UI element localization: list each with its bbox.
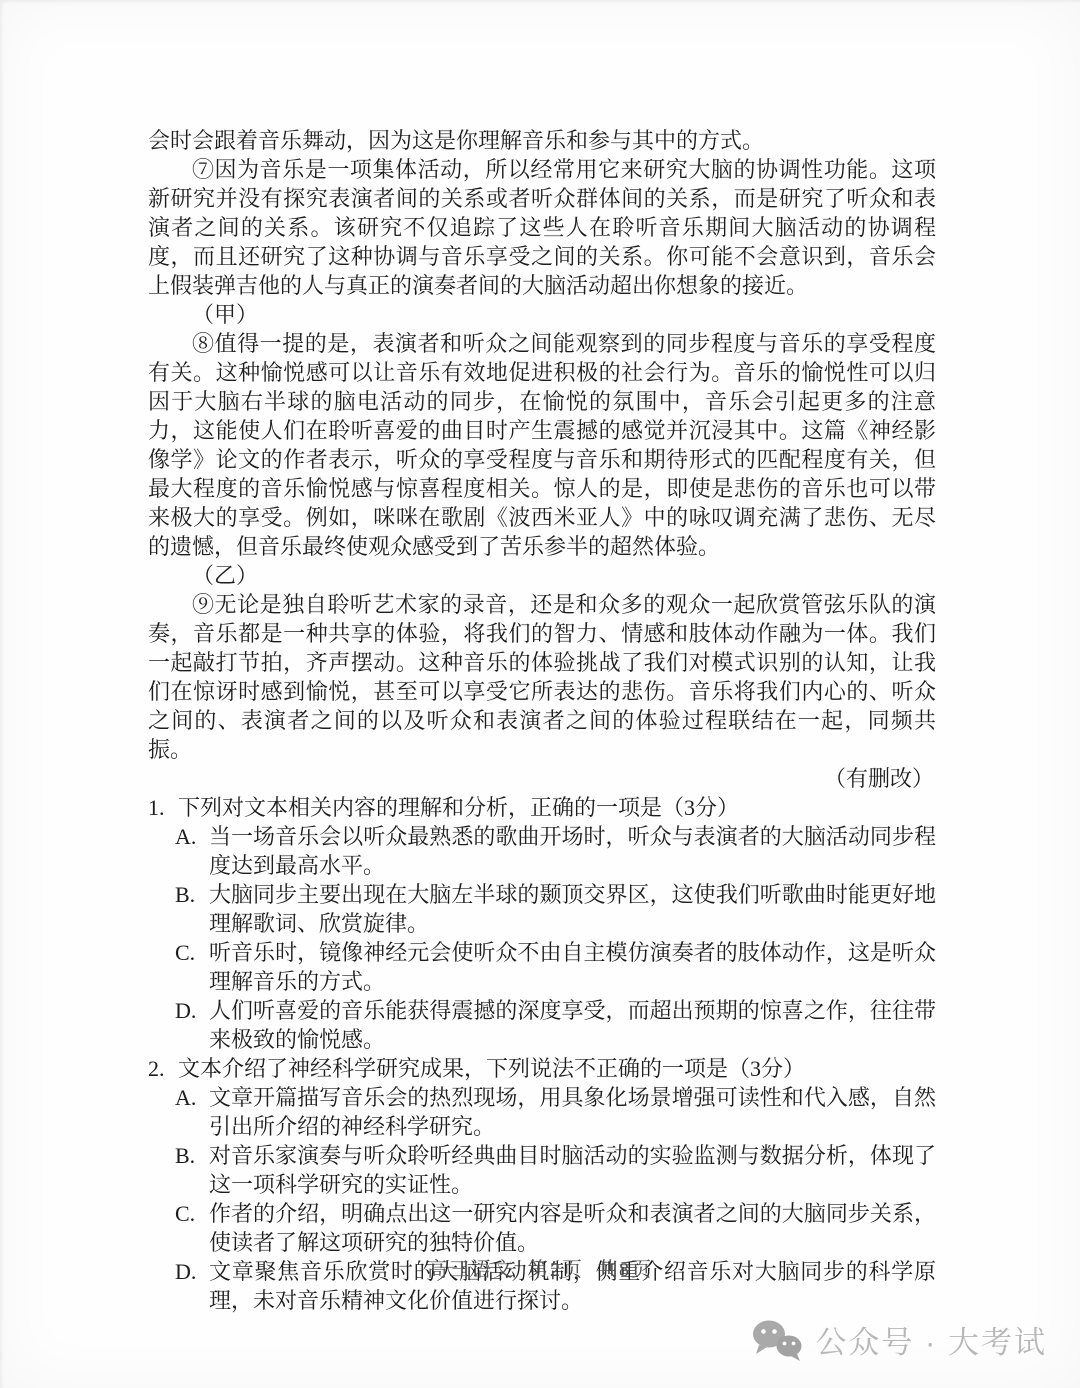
paragraph-7: ⑦因为音乐是一项集体活动，所以经常用它来研究大脑的协调性功能。这项新研究并没有探…: [148, 155, 936, 300]
option-label: A.: [175, 1083, 209, 1141]
option-label: C.: [175, 1199, 209, 1257]
question-2-option-c: C.作者的介绍，明确点出这一研究内容是听众和表演者之间的大脑同步关系，使读者了解…: [175, 1199, 936, 1257]
attribution-note: （有删改）: [148, 764, 936, 793]
question-1-option-c: C.听音乐时，镜像神经元会使听众不由自主模仿演奏者的肢体动作，这是听众理解音乐的…: [175, 938, 936, 996]
marker-yi: （乙）: [148, 561, 936, 590]
question-2-option-b: B.对音乐家演奏与听众聆听经典曲目时脑活动的实验监测与数据分析，体现了这一项科学…: [175, 1141, 936, 1199]
option-text: 大脑同步主要出现在大脑左半球的颞顶交界区，这使我们听歌曲时能更好地理解歌词、欣赏…: [209, 880, 936, 938]
option-text: 对音乐家演奏与听众聆听经典曲目时脑活动的实验监测与数据分析，体现了这一项科学研究…: [209, 1141, 936, 1199]
question-2-option-a: A.文章开篇描写音乐会的热烈现场，用具象化场景增强可读性和代入感，自然引出所介绍…: [175, 1083, 936, 1141]
question-2-stem: 2.文本介绍了神经科学研究成果，下列说法不正确的一项是（3分）: [148, 1054, 936, 1083]
option-text: 作者的介绍，明确点出这一研究内容是听众和表演者之间的大脑同步关系，使读者了解这项…: [209, 1199, 936, 1257]
watermark: 公众号 · 大考试: [751, 1317, 1047, 1362]
marker-jia: （甲）: [148, 300, 936, 329]
question-1-option-a: A.当一场音乐会以听众最熟悉的歌曲开场时，听众与表演者的大脑活动同步程度达到最高…: [175, 822, 936, 880]
question-number: 2.: [148, 1054, 178, 1083]
option-label: D.: [175, 996, 209, 1054]
question-stem-text: 下列对文本相关内容的理解和分析，正确的一项是（3分）: [178, 793, 936, 822]
exam-body: 会时会跟着音乐舞动，因为这是你理解音乐和参与其中的方式。 ⑦因为音乐是一项集体活…: [148, 126, 936, 1315]
option-text: 当一场音乐会以听众最熟悉的歌曲开场时，听众与表演者的大脑活动同步程度达到最高水平…: [209, 822, 936, 880]
option-label: A.: [175, 822, 209, 880]
option-text: 文章开篇描写音乐会的热烈现场，用具象化场景增强可读性和代入感，自然引出所介绍的神…: [209, 1083, 936, 1141]
page-footer: 高三语文 第2页 共8页: [0, 1253, 1080, 1282]
option-label: B.: [175, 880, 209, 938]
exam-paper-page: 会时会跟着音乐舞动，因为这是你理解音乐和参与其中的方式。 ⑦因为音乐是一项集体活…: [0, 0, 1080, 1388]
option-label: B.: [175, 1141, 209, 1199]
question-1: 1.下列对文本相关内容的理解和分析，正确的一项是（3分） A.当一场音乐会以听众…: [148, 793, 936, 1054]
option-text: 人们听喜爱的音乐能获得震撼的深度享受，而超出预期的惊喜之作，往往带来极致的愉悦感…: [209, 996, 936, 1054]
option-text: 听音乐时，镜像神经元会使听众不由自主模仿演奏者的肢体动作，这是听众理解音乐的方式…: [209, 938, 936, 996]
question-1-option-b: B.大脑同步主要出现在大脑左半球的颞顶交界区，这使我们听歌曲时能更好地理解歌词、…: [175, 880, 936, 938]
paragraph-8: ⑧值得一提的是，表演者和听众之间能观察到的同步程度与音乐的享受程度有关。这种愉悦…: [148, 329, 936, 561]
question-1-stem: 1.下列对文本相关内容的理解和分析，正确的一项是（3分）: [148, 793, 936, 822]
option-label: C.: [175, 938, 209, 996]
wechat-icon: [751, 1319, 803, 1361]
question-1-option-d: D.人们听喜爱的音乐能获得震撼的深度享受，而超出预期的惊喜之作，往往带来极致的愉…: [175, 996, 936, 1054]
question-stem-text: 文本介绍了神经科学研究成果，下列说法不正确的一项是（3分）: [178, 1054, 936, 1083]
question-number: 1.: [148, 793, 178, 822]
watermark-text: 公众号 · 大考试: [815, 1317, 1047, 1362]
paragraph-9: ⑨无论是独自聆听艺术家的录音，还是和众多的观众一起欣赏管弦乐队的演奏，音乐都是一…: [148, 590, 936, 764]
paragraph-continuation: 会时会跟着音乐舞动，因为这是你理解音乐和参与其中的方式。: [148, 126, 936, 155]
